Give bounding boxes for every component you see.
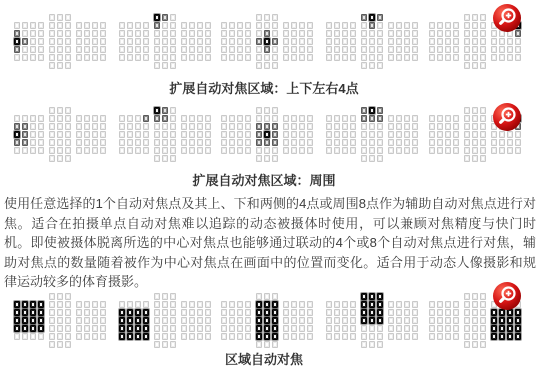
af-point <box>307 38 313 45</box>
af-point <box>245 333 251 340</box>
af-point <box>237 123 243 130</box>
af-point <box>92 317 98 324</box>
af-point <box>170 115 176 122</box>
af-point <box>237 54 243 61</box>
af-point <box>272 139 278 146</box>
af-point <box>326 30 332 37</box>
af-point <box>377 155 383 162</box>
af-point <box>464 317 470 324</box>
af-point <box>205 123 211 130</box>
af-point <box>170 325 176 332</box>
af-point <box>135 54 141 61</box>
af-point <box>429 30 435 37</box>
af-point <box>30 333 36 340</box>
af-point <box>162 54 168 61</box>
af-point <box>361 309 367 316</box>
af-point <box>170 30 176 37</box>
af-point <box>361 147 367 154</box>
af-point <box>57 46 63 53</box>
af-point <box>464 14 470 21</box>
af-point <box>229 46 235 53</box>
af-point <box>170 54 176 61</box>
af-point <box>264 325 270 332</box>
af-point <box>162 139 168 146</box>
af-point <box>388 301 394 308</box>
af-point <box>499 46 505 53</box>
af-point <box>57 22 63 29</box>
af-point <box>119 123 125 130</box>
af-point <box>377 123 383 130</box>
af-point <box>342 123 348 130</box>
af-point <box>472 301 478 308</box>
af-point <box>272 62 278 69</box>
af-point <box>499 333 505 340</box>
af-point <box>65 62 71 69</box>
af-point <box>491 38 497 45</box>
af-point <box>127 139 133 146</box>
af-point <box>127 325 133 332</box>
af-point <box>119 115 125 122</box>
zoom-in-icon[interactable] <box>492 281 522 311</box>
af-point <box>437 115 443 122</box>
af-point <box>453 22 459 29</box>
af-point <box>162 14 168 21</box>
af-point <box>334 38 340 45</box>
af-point <box>49 333 55 340</box>
af-point <box>143 309 149 316</box>
af-point <box>464 309 470 316</box>
af-point <box>291 309 297 316</box>
af-point <box>237 309 243 316</box>
af-point <box>143 147 149 154</box>
af-point <box>197 131 203 138</box>
af-point <box>264 46 270 53</box>
af-point <box>205 325 211 332</box>
af-point <box>369 131 375 138</box>
af-point <box>221 317 227 324</box>
af-point <box>369 54 375 61</box>
af-point <box>143 139 149 146</box>
af-point <box>189 46 195 53</box>
af-point <box>154 155 160 162</box>
af-point <box>291 22 297 29</box>
af-point <box>350 115 356 122</box>
af-point <box>170 293 176 300</box>
af-point <box>154 317 160 324</box>
af-point <box>135 38 141 45</box>
af-point <box>92 301 98 308</box>
af-point <box>429 333 435 340</box>
af-point <box>154 341 160 348</box>
af-point <box>464 147 470 154</box>
af-point <box>283 147 289 154</box>
af-point <box>38 131 44 138</box>
diagram-caption: 扩展自动对焦区域：上下左右4点 <box>0 78 528 97</box>
af-point <box>256 115 262 122</box>
af-point <box>135 325 141 332</box>
af-point <box>256 309 262 316</box>
af-point <box>22 54 28 61</box>
af-point <box>65 147 71 154</box>
af-point <box>57 131 63 138</box>
af-point <box>30 147 36 154</box>
af-point-diagram <box>221 107 313 162</box>
af-point <box>143 30 149 37</box>
af-point <box>119 301 125 308</box>
af-point <box>283 333 289 340</box>
af-point <box>307 309 313 316</box>
af-point <box>264 341 270 348</box>
af-point <box>342 38 348 45</box>
af-point <box>464 341 470 348</box>
af-point <box>412 46 418 53</box>
af-point <box>189 147 195 154</box>
af-point <box>57 309 63 316</box>
af-point <box>84 123 90 130</box>
af-point <box>22 317 28 324</box>
af-point <box>342 54 348 61</box>
af-point <box>143 123 149 130</box>
af-point <box>396 54 402 61</box>
af-point <box>237 147 243 154</box>
af-point <box>453 139 459 146</box>
af-point <box>464 333 470 340</box>
af-point <box>283 301 289 308</box>
af-point <box>507 325 513 332</box>
af-point <box>256 46 262 53</box>
af-point <box>283 139 289 146</box>
af-point <box>119 38 125 45</box>
af-point <box>22 309 28 316</box>
af-point <box>14 38 20 45</box>
af-point <box>127 147 133 154</box>
af-point <box>205 22 211 29</box>
af-point <box>76 22 82 29</box>
af-point <box>515 46 521 53</box>
af-point <box>84 301 90 308</box>
af-point <box>143 131 149 138</box>
af-point <box>350 38 356 45</box>
af-point <box>377 115 383 122</box>
af-point <box>404 131 410 138</box>
af-point <box>480 22 486 29</box>
af-point <box>162 115 168 122</box>
af-point <box>14 115 20 122</box>
af-point <box>361 38 367 45</box>
af-point <box>334 317 340 324</box>
af-point <box>291 38 297 45</box>
af-point <box>162 62 168 69</box>
af-point <box>464 54 470 61</box>
af-point <box>237 325 243 332</box>
af-point <box>377 139 383 146</box>
af-point <box>30 38 36 45</box>
af-point <box>135 131 141 138</box>
af-point <box>30 30 36 37</box>
af-point <box>412 325 418 332</box>
af-point <box>342 147 348 154</box>
af-point <box>272 301 278 308</box>
af-point <box>404 115 410 122</box>
af-point <box>299 46 305 53</box>
af-point <box>334 333 340 340</box>
af-point <box>437 38 443 45</box>
af-point <box>221 115 227 122</box>
af-point <box>229 131 235 138</box>
af-point <box>189 309 195 316</box>
af-point <box>291 30 297 37</box>
af-point <box>57 123 63 130</box>
af-point <box>326 139 332 146</box>
af-point <box>264 107 270 114</box>
af-point <box>334 30 340 37</box>
af-point <box>499 54 505 61</box>
af-point <box>283 123 289 130</box>
af-point <box>507 333 513 340</box>
af-point <box>369 22 375 29</box>
af-point <box>342 46 348 53</box>
af-point <box>291 131 297 138</box>
af-point <box>377 107 383 114</box>
af-point <box>84 147 90 154</box>
af-point <box>326 147 332 154</box>
af-point <box>361 107 367 114</box>
af-point <box>350 123 356 130</box>
af-point <box>205 131 211 138</box>
af-point <box>170 341 176 348</box>
af-point <box>221 131 227 138</box>
af-point <box>464 107 470 114</box>
af-point <box>361 54 367 61</box>
af-point <box>22 131 28 138</box>
af-point <box>437 46 443 53</box>
af-point <box>377 22 383 29</box>
af-point <box>326 54 332 61</box>
af-point <box>412 317 418 324</box>
af-point <box>453 317 459 324</box>
af-point <box>57 155 63 162</box>
af-point <box>119 54 125 61</box>
af-point <box>480 14 486 21</box>
af-point <box>453 309 459 316</box>
af-point <box>76 123 82 130</box>
af-point <box>396 147 402 154</box>
af-point <box>264 62 270 69</box>
af-point <box>453 301 459 308</box>
af-point <box>291 139 297 146</box>
af-point <box>119 147 125 154</box>
af-point <box>65 54 71 61</box>
af-point <box>92 30 98 37</box>
af-point <box>170 123 176 130</box>
af-point <box>189 22 195 29</box>
af-point <box>170 62 176 69</box>
af-point <box>350 309 356 316</box>
af-point <box>472 38 478 45</box>
af-point-diagram <box>14 293 106 348</box>
af-point <box>100 309 106 316</box>
af-point <box>14 139 20 146</box>
af-point <box>388 123 394 130</box>
af-point <box>472 62 478 69</box>
af-point <box>291 317 297 324</box>
af-point <box>299 22 305 29</box>
af-point <box>245 301 251 308</box>
af-point <box>404 139 410 146</box>
af-point <box>480 147 486 154</box>
af-point <box>162 309 168 316</box>
af-point <box>38 309 44 316</box>
af-point <box>30 325 36 332</box>
af-point <box>404 123 410 130</box>
af-point <box>515 54 521 61</box>
af-point <box>445 22 451 29</box>
af-point <box>388 22 394 29</box>
af-point <box>361 325 367 332</box>
af-point <box>326 115 332 122</box>
af-point <box>272 333 278 340</box>
af-point <box>170 317 176 324</box>
af-point <box>404 317 410 324</box>
af-point <box>100 131 106 138</box>
af-point <box>135 333 141 340</box>
diagram-caption: 扩展自动对焦区域：周围 <box>0 170 528 189</box>
af-point <box>404 309 410 316</box>
af-point <box>412 333 418 340</box>
af-point <box>65 30 71 37</box>
af-point <box>472 30 478 37</box>
af-point <box>221 38 227 45</box>
af-point <box>38 30 44 37</box>
af-point <box>377 38 383 45</box>
af-point <box>515 325 521 332</box>
af-point <box>65 46 71 53</box>
af-point <box>396 115 402 122</box>
af-point <box>264 54 270 61</box>
af-point <box>396 131 402 138</box>
af-point <box>205 115 211 122</box>
af-point <box>299 131 305 138</box>
af-point <box>334 301 340 308</box>
af-point <box>127 317 133 324</box>
af-point <box>154 131 160 138</box>
af-point <box>92 123 98 130</box>
af-point <box>361 62 367 69</box>
af-point <box>404 54 410 61</box>
af-point <box>464 38 470 45</box>
af-point <box>135 115 141 122</box>
af-point <box>472 107 478 114</box>
af-point <box>445 38 451 45</box>
af-point <box>334 123 340 130</box>
af-point <box>291 147 297 154</box>
af-point <box>92 22 98 29</box>
af-point <box>326 38 332 45</box>
af-point <box>412 123 418 130</box>
af-point <box>135 301 141 308</box>
af-point <box>515 333 521 340</box>
af-point <box>445 123 451 130</box>
af-point <box>388 317 394 324</box>
af-point <box>84 54 90 61</box>
af-point <box>388 115 394 122</box>
af-point <box>197 54 203 61</box>
af-point <box>334 115 340 122</box>
af-point <box>100 22 106 29</box>
af-point <box>100 301 106 308</box>
af-point <box>92 115 98 122</box>
af-point <box>264 30 270 37</box>
af-point <box>369 317 375 324</box>
af-point <box>181 301 187 308</box>
af-point <box>181 309 187 316</box>
af-point <box>237 30 243 37</box>
af-point <box>143 38 149 45</box>
af-point <box>369 333 375 340</box>
af-point <box>361 301 367 308</box>
af-point <box>472 54 478 61</box>
af-point <box>499 131 505 138</box>
af-point <box>412 22 418 29</box>
af-point <box>229 317 235 324</box>
af-point <box>307 123 313 130</box>
af-point <box>307 147 313 154</box>
af-point <box>49 325 55 332</box>
af-point <box>307 131 313 138</box>
zoom-in-icon[interactable] <box>492 102 522 132</box>
af-point <box>491 325 497 332</box>
af-point <box>299 54 305 61</box>
af-point <box>38 333 44 340</box>
af-point <box>264 147 270 154</box>
af-point <box>65 325 71 332</box>
af-point <box>135 46 141 53</box>
af-point <box>429 123 435 130</box>
af-point <box>162 333 168 340</box>
af-point <box>491 317 497 324</box>
af-point <box>57 115 63 122</box>
af-point <box>135 30 141 37</box>
af-point <box>404 30 410 37</box>
af-point <box>480 115 486 122</box>
af-point <box>181 46 187 53</box>
af-point <box>361 123 367 130</box>
af-point <box>334 131 340 138</box>
af-point <box>307 139 313 146</box>
af-point <box>272 115 278 122</box>
af-point-diagram <box>326 293 418 348</box>
af-point <box>369 46 375 53</box>
af-point <box>127 115 133 122</box>
af-point <box>326 317 332 324</box>
af-point <box>307 30 313 37</box>
af-point <box>464 62 470 69</box>
zoom-in-icon[interactable] <box>492 3 522 33</box>
af-point <box>361 341 367 348</box>
af-point <box>76 309 82 316</box>
af-point <box>299 123 305 130</box>
af-point <box>464 131 470 138</box>
af-point <box>464 123 470 130</box>
af-point <box>491 147 497 154</box>
af-point <box>283 115 289 122</box>
af-point <box>429 115 435 122</box>
af-point <box>437 147 443 154</box>
af-point <box>369 38 375 45</box>
af-point <box>100 46 106 53</box>
af-point <box>30 22 36 29</box>
af-point <box>256 139 262 146</box>
